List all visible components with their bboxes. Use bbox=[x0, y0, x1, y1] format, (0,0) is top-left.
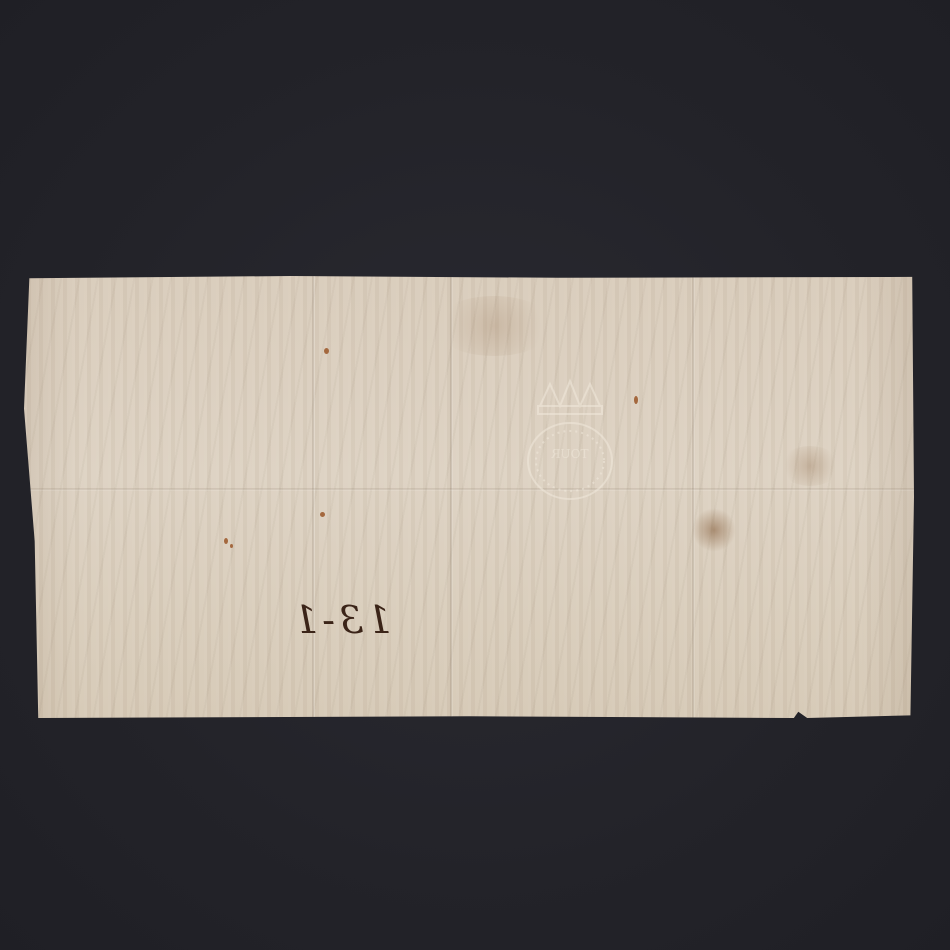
foxing-spot bbox=[320, 512, 325, 517]
stain bbox=[434, 296, 554, 356]
vertical-fold-line bbox=[692, 276, 695, 718]
embossed-crown-stamp-icon: TOUR bbox=[510, 376, 630, 511]
handwritten-annotation: 13-1 bbox=[290, 598, 391, 642]
foxing-spot bbox=[224, 538, 228, 544]
stain bbox=[692, 508, 736, 552]
foxing-spot bbox=[230, 544, 233, 548]
foxing-spot bbox=[324, 348, 329, 354]
horizontal-fold-line bbox=[24, 488, 914, 491]
svg-text:TOUR: TOUR bbox=[551, 447, 589, 461]
banknote-reverse: TOUR 13-1 bbox=[24, 276, 914, 718]
vertical-fold-line bbox=[312, 276, 315, 718]
foxing-spot bbox=[634, 396, 638, 404]
stain bbox=[780, 446, 840, 486]
